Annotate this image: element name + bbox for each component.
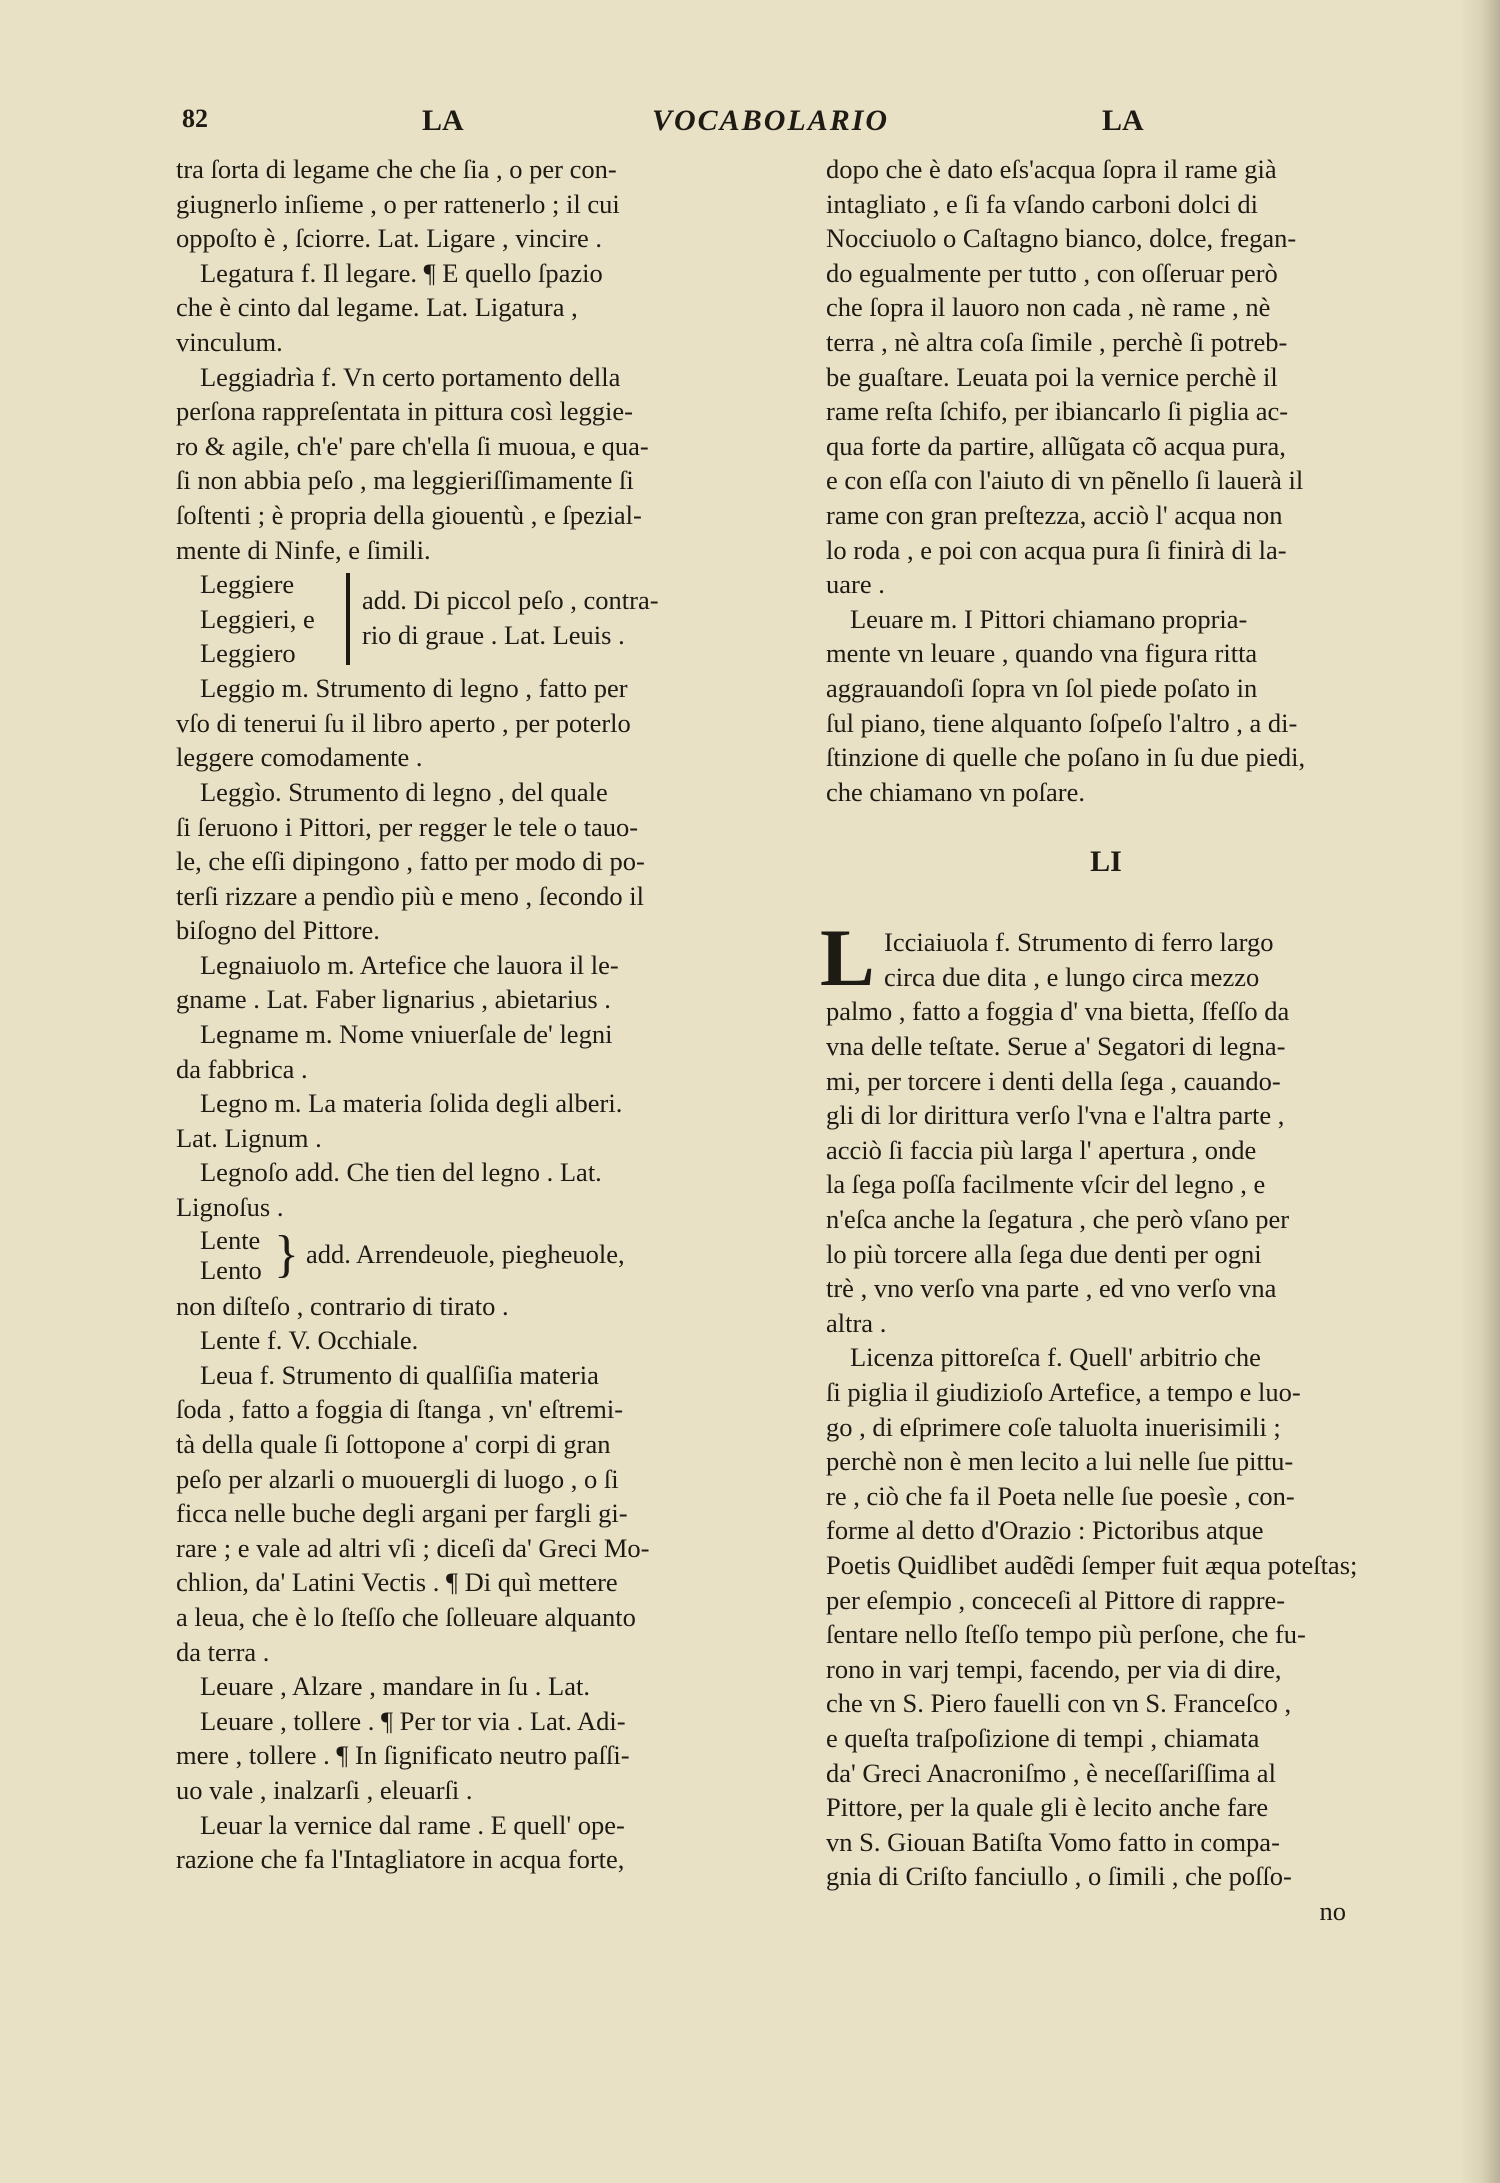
- headword: Leggieri, e: [200, 602, 370, 637]
- text-line: vn S. Giouan Batiſta Vomo fatto in compa…: [826, 1825, 1386, 1860]
- text-line: altra .: [826, 1306, 1386, 1341]
- text-line: e con eſſa con l'aiuto di vn pẽnello ſi …: [826, 463, 1386, 498]
- text-line: oppoſto è , ſciorre. Lat. Ligare , vinci…: [176, 221, 746, 256]
- left-entries-a: tra ſorta di legame che che ſia , o per …: [176, 152, 746, 567]
- headword: Leggiere: [200, 567, 370, 602]
- text-line: da' Greci Anacroniſmo , è neceſſariſſima…: [826, 1756, 1386, 1791]
- right-entries-b: palmo , fatto a foggia d' vna bietta, ſf…: [826, 994, 1386, 1893]
- text-line: n'eſca anche la ſegatura , che però vſan…: [826, 1202, 1386, 1237]
- text-line: ſtinzione di quelle che poſano in ſu due…: [826, 740, 1386, 775]
- book-title: VOCABOLARIO: [652, 104, 889, 138]
- text-line: circa due dita , e lungo circa mezzo: [826, 960, 1386, 995]
- text-line: tà della quale ſi ſottopone a' corpi di …: [176, 1427, 746, 1462]
- text-line: be guaſtare. Leuata poi la vernice perch…: [826, 360, 1386, 395]
- text-line: razione che fa l'Intagliatore in acqua f…: [176, 1842, 746, 1877]
- catchword: no: [826, 1894, 1386, 1929]
- text-line: a leua, che è lo ſteſſo che ſolleuare al…: [176, 1600, 746, 1635]
- text-line: chlion, da' Latini Vectis . ¶ Di quì met…: [176, 1565, 746, 1600]
- entry-licciaiuola: L Icciaiuola f. Strumento di ferro largo…: [826, 925, 1386, 994]
- text-line: uo vale , inalzarſi , eleuarſi .: [176, 1773, 746, 1808]
- text-line: ſentare nello ſteſſo tempo più perſone, …: [826, 1617, 1386, 1652]
- text-line: Lignoſus .: [176, 1190, 746, 1225]
- right-entries-a: dopo che è dato eſs'acqua ſopra il rame …: [826, 152, 1386, 809]
- definition: add. Arrendeuole, piegheuole,: [306, 1237, 625, 1272]
- text-line: tra ſorta di legame che che ſia , o per …: [176, 152, 746, 187]
- text-line: non diſteſo , contrario di tirato .: [176, 1289, 746, 1324]
- text-line: do egualmente per tutto , con oſſeruar p…: [826, 256, 1386, 291]
- drop-cap: L: [820, 921, 875, 995]
- definition-line: rio di graue . Lat. Leuis .: [362, 618, 742, 653]
- text-line: Icciaiuola f. Strumento di ferro largo: [826, 925, 1386, 960]
- text-line: rono in varj tempi, facendo, per via di …: [826, 1652, 1386, 1687]
- text-line: mente vn leuare , quando vna figura ritt…: [826, 636, 1386, 671]
- text-line: Leggio m. Strumento di legno , fatto per: [176, 671, 746, 706]
- text-line: Leua f. Strumento di qualſiſia materia: [176, 1358, 746, 1393]
- text-line: re , ciò che fa il Poeta nelle ſue poesì…: [826, 1479, 1386, 1514]
- text-line: Legatura f. Il legare. ¶ E quello ſpazio: [176, 256, 746, 291]
- text-line: terra , nè altra coſa ſimile , perchè ſi…: [826, 325, 1386, 360]
- text-line: Poetis Quidlibet audẽdi ſemper fuit æqua…: [826, 1548, 1386, 1583]
- right-column: dopo che è dato eſs'acqua ſopra il rame …: [826, 152, 1386, 1929]
- text-line: Leuare , tollere . ¶ Per tor via . Lat. …: [176, 1704, 746, 1739]
- text-line: Leggiadrìa f. Vn certo portamento della: [176, 360, 746, 395]
- section-heading-li: LI: [826, 827, 1386, 897]
- text-line: Licenza pittoreſca f. Quell' arbitrio ch…: [826, 1340, 1386, 1375]
- text-line: ſul piano, tiene alquanto ſoſpeſo l'altr…: [826, 706, 1386, 741]
- headword-variants: Leggiere Leggieri, e Leggiero: [176, 567, 370, 671]
- text-line: ſi piglia il giudizioſo Artefice, a temp…: [826, 1375, 1386, 1410]
- text-line: da terra .: [176, 1635, 746, 1670]
- text-line: dopo che è dato eſs'acqua ſopra il rame …: [826, 152, 1386, 187]
- text-line: giugnerlo inſieme , o per rattenerlo ; i…: [176, 187, 746, 222]
- text-line: rare ; e vale ad altri vſi ; diceſi da' …: [176, 1531, 746, 1566]
- text-line: vinculum.: [176, 325, 746, 360]
- left-entries-c: non diſteſo , contrario di tirato .Lente…: [176, 1289, 746, 1877]
- text-line: ſoſtenti ; è propria della giouentù , e …: [176, 498, 746, 533]
- text-line: ſi ſeruono i Pittori, per regger le tele…: [176, 810, 746, 845]
- text-line: gname . Lat. Faber lignarius , abietariu…: [176, 982, 746, 1017]
- text-line: ro & agile, ch'e' pare ch'ella ſi muoua,…: [176, 429, 746, 464]
- definition: add. Di piccol peſo , contra- rio di gra…: [362, 583, 742, 652]
- text-line: che chiamano vn poſare.: [826, 775, 1386, 810]
- text-line: le, che eſſi dipingono , fatto per modo …: [176, 844, 746, 879]
- text-line: trè , vno verſo vna parte , ed vno verſo…: [826, 1271, 1386, 1306]
- page-edge-shadow: [1460, 0, 1500, 2183]
- text-line: Legname m. Nome vniuerſale de' legni: [176, 1017, 746, 1052]
- text-line: Pittore, per la quale gli è lecito anche…: [826, 1790, 1386, 1825]
- text-line: ficca nelle buche degli argani per fargl…: [176, 1496, 746, 1531]
- text-line: rame con gran preſtezza, acciò l' acqua …: [826, 498, 1386, 533]
- text-line: Legnoſo add. Che tien del legno . Lat.: [176, 1155, 746, 1190]
- running-head: 82 LA VOCABOLARIO LA: [182, 104, 1150, 144]
- text-line: palmo , fatto a foggia d' vna bietta, ſf…: [826, 994, 1386, 1029]
- text-line: la ſega poſſa facilmente vſcir del legno…: [826, 1167, 1386, 1202]
- text-line: ſi non abbia peſo , ma leggieriſſimament…: [176, 463, 746, 498]
- text-line: forme al detto d'Orazio : Pictoribus atq…: [826, 1513, 1386, 1548]
- text-line: Leuare m. I Pittori chiamano propria-: [826, 602, 1386, 637]
- left-entries-b: Leggio m. Strumento di legno , fatto per…: [176, 671, 746, 1225]
- text-line: Legnaiuolo m. Artefice che lauora il le-: [176, 948, 746, 983]
- left-heading: LA: [422, 104, 464, 138]
- text-line: che è cinto dal legame. Lat. Ligatura ,: [176, 290, 746, 325]
- bracket-rule: [346, 573, 350, 665]
- text-line: rame reſta ſchifo, per ibiancarlo ſi pig…: [826, 394, 1386, 429]
- text-line: vſo di tenerui ſu il libro aperto , per …: [176, 706, 746, 741]
- right-heading: LA: [1102, 104, 1144, 138]
- text-line: che ſopra il lauoro non cada , nè rame ,…: [826, 290, 1386, 325]
- brace-icon: }: [274, 1227, 299, 1283]
- text-line: ſoda , fatto a foggia di ſtanga , vn' eſ…: [176, 1392, 746, 1427]
- entry-leggiere: Leggiere Leggieri, e Leggiero add. Di pi…: [176, 567, 746, 671]
- text-line: gli di lor dirittura verſo l'vna e l'alt…: [826, 1098, 1386, 1133]
- entry-lente: Lente Lento } add. Arrendeuole, piegheuo…: [176, 1225, 746, 1289]
- text-line: vna delle teſtate. Serue a' Segatori di …: [826, 1029, 1386, 1064]
- text-line: acciò ſi faccia più larga l' apertura , …: [826, 1133, 1386, 1168]
- text-line: perchè non è men lecito a lui nelle ſue …: [826, 1444, 1386, 1479]
- left-column: tra ſorta di legame che che ſia , o per …: [176, 152, 746, 1877]
- text-line: mente di Ninfe, e ſimili.: [176, 533, 746, 568]
- text-line: aggrauandoſi ſopra vn ſol piede poſato i…: [826, 671, 1386, 706]
- text-line: biſogno del Pittore.: [176, 913, 746, 948]
- text-line: da fabbrica .: [176, 1052, 746, 1087]
- text-line: go , di eſprimere coſe taluolta inuerisi…: [826, 1410, 1386, 1445]
- text-line: lo roda , e poi con acqua pura ſi finirà…: [826, 533, 1386, 568]
- text-line: e queſta traſpoſizione di tempi , chiama…: [826, 1721, 1386, 1756]
- page-number: 82: [182, 104, 208, 134]
- text-line: per eſempio , conceceſi al Pittore di ra…: [826, 1583, 1386, 1618]
- text-line: Nocciuolo o Caſtagno bianco, dolce, freg…: [826, 221, 1386, 256]
- text-line: mi, per torcere i denti della ſega , cau…: [826, 1064, 1386, 1099]
- text-line: lo più torcere alla ſega due denti per o…: [826, 1237, 1386, 1272]
- text-line: terſi rizzare a pendìo più e meno , ſeco…: [176, 879, 746, 914]
- text-line: qua forte da partire, allũgata cõ acqua …: [826, 429, 1386, 464]
- definition-line: add. Di piccol peſo , contra-: [362, 583, 742, 618]
- text-line: Leuar la vernice dal rame . E quell' ope…: [176, 1808, 746, 1843]
- text-line: che vn S. Piero fauelli con vn S. France…: [826, 1686, 1386, 1721]
- text-line: leggere comodamente .: [176, 740, 746, 775]
- text-line: Leuare , Alzare , mandare in ſu . Lat.: [176, 1669, 746, 1704]
- text-line: intagliato , e ſi fa vſando carboni dolc…: [826, 187, 1386, 222]
- text-line: Lente f. V. Occhiale.: [176, 1323, 746, 1358]
- headword: Leggiero: [200, 636, 370, 671]
- text-line: gnia di Criſto fanciullo , o ſimili , ch…: [826, 1859, 1386, 1894]
- text-line: Lat. Lignum .: [176, 1121, 746, 1156]
- text-line: Leggìo. Strumento di legno , del quale: [176, 775, 746, 810]
- text-line: mere , tollere . ¶ In ſignificato neutro…: [176, 1738, 746, 1773]
- text-line: perſona rappreſentata in pittura così le…: [176, 394, 746, 429]
- text-line: Legno m. La materia ſolida degli alberi.: [176, 1086, 746, 1121]
- text-line: peſo per alzarli o muouergli di luogo , …: [176, 1462, 746, 1497]
- text-line: uare .: [826, 567, 1386, 602]
